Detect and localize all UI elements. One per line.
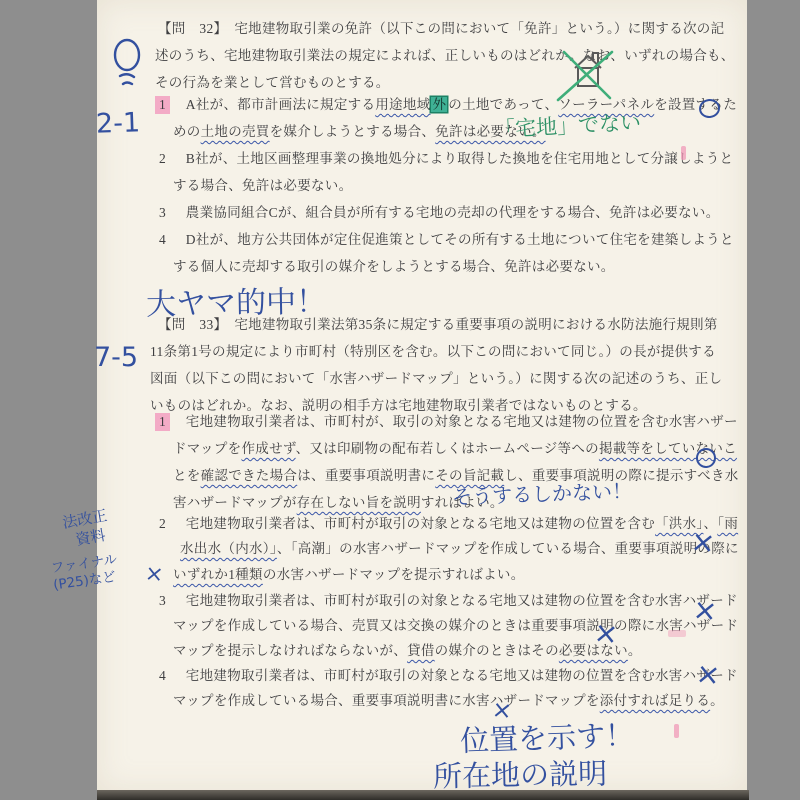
wavy-underline-tenpu: 添付すれば足りる [600,693,710,708]
handwritten-shozaichi-setsumei: 所在地の説明 [433,751,608,795]
wavy-underline-youtochiiki: 用途地域 [375,97,430,112]
q32-opt1-text: A社が、都市計画法に規定する [172,97,375,112]
cross-mark-q33-opt3-inline: × [592,615,620,651]
wavy-underline-sakuseisezu: 作成せず [241,441,295,456]
q33-opt3-text: マップを提示しなければならないが、 [173,643,407,658]
q32-option1-line2: めの土地の売買を媒介しようとする場合、免許は必要ない。 [173,120,546,140]
q33-option4-line1: 4 宅地建物取引業者は、市町村が取引の対象となる宅地又は建物の位置を含む水害ハザ… [156,664,738,684]
q33-opt1-text: 、又は印刷物の配布若しくはホームページ等への [296,441,599,456]
q32-header-line2: 述のうち、宅地建物取引業法の規定によれば、正しいものはどれか。なお、いずれの場合… [155,44,735,64]
q32-option4-number: 4 [156,232,169,248]
q33-header-line2: 11条第1号の規定により市町村（特別区を含む。以下この問において同じ。）の長が提… [150,340,716,360]
q33-option2-number: 2 [156,516,169,532]
q32-header-line3: その行為を業として営むものとする。 [155,71,390,91]
q32-opt1-text: の土地であって、 [448,97,558,112]
handwritten-ref-7-5: 7-5 [94,342,138,373]
q33-option4-number: 4 [156,668,169,684]
q33-opt1-text: は、重要事項説明書に [297,468,435,483]
q32-opt3-text: 農業協同組合Cが、組合員が所有する宅地の売却の代理をする場合、免許は必要ない。 [172,205,720,220]
q32-option4-line1: 4 D社が、地方公共団体が定住促進策としてその所有する土地について住宅を建築しよ… [156,228,734,248]
cross-mark-q33-opt4: × [694,656,722,692]
q32-opt1-text: を設置するた [654,97,737,112]
page-bottom-shadow [97,790,749,800]
q32-option4-line2: する個人に売却する取引の媒介をしようとする場合、免許は必要ない。 [173,255,615,275]
wavy-underline-naisui: 水出水（内水）」 [180,541,277,556]
q33-opt3-text: 宅地建物取引業者は、市町村が取引の対象となる宅地又は建物の位置を含む水害ハザード [172,593,738,608]
handwritten-ref-2-1: 2-1 [95,107,140,140]
house-doodle-crossed [550,48,618,104]
q33-opt4-text: マップを作成している場合、重要事項説明書に水害ハザードマップを [173,693,600,708]
q33-opt3-text: の媒介のときはその [435,643,559,658]
q32-opt1-text: を媒介しようとする場合、 [270,124,436,139]
q33-option3-line1: 3 宅地建物取引業者は、市町村が取引の対象となる宅地又は建物の位置を含む水害ハザ… [156,589,738,609]
q33-opt4-text: 。 [710,693,724,708]
q33-header-line3: 図面（以下この問において「水害ハザードマップ」という。）に関する次の記述のうち、… [150,367,722,387]
q33-opt1-text: 宅地建物取引業者は、市町村が、取引の対象となる宅地又は建物の位置を含む水害ハザー [172,414,738,429]
q33-opt1-text: 害ハザードマップが [173,495,297,510]
pink-smudge-3 [674,724,679,738]
q33-opt2-text: の水害ハザードマップを提示すればよい。 [263,567,525,582]
q32-option2-line2: する場合、免許は必要ない。 [173,174,352,194]
q-doodle-mark [106,36,148,92]
q32-header-line1: 【問 32】 宅地建物取引業の免許（以下この問において「免許」という。）に関する… [158,17,724,37]
q32-option2-line1: 2 B社が、土地区画整理事業の換地処分により取得した換地を住宅用地として分譲しよ… [156,147,733,167]
q33-option1-line2: ドマップを作成せず、又は印刷物の配布若しくはホームページ等への掲載等をしていない… [173,437,737,457]
wavy-underline-taishaku: 貸借 [407,643,435,658]
q33-option2-line3: いずれか1種類の水害ハザードマップを提示すればよい。 [173,563,525,583]
wavy-underline-izureka: いずれか1種類 [173,567,263,582]
q33-opt2-text: 宅地建物取引業者は、市町村が取引の対象となる宅地又は建物の位置を含む [172,516,655,531]
q32-opt4-text: D社が、地方公共団体が定住促進策としてその所有する土地について住宅を建築しようと [172,232,734,247]
wavy-underline-keisaitou: 掲載等をしていないこ [599,441,737,456]
q33-option3-line2: マップを作成している場合、売買又は交換の媒介のときは重要事項説明の際に水害ハザー… [173,614,738,634]
q33-opt3-text: 。 [628,643,642,658]
cross-mark-q33-opt2-left: × [144,561,165,588]
cross-mark-q33-opt2: × [689,524,717,560]
q32-option3-line1: 3 農業協同組合Cが、組合員が所有する宅地の売却の代理をする場合、免許は必要ない… [156,201,720,221]
q32-option3-number: 3 [156,205,169,221]
q33-option2-line2: 水出水（内水）」、「高潮」の水害ハザードマップを作成している場合、重要事項説明の… [180,537,739,557]
q32-option2-number: 2 [156,151,169,167]
q33-option3-number: 3 [156,593,169,609]
q32-opt2-text: B社が、土地区画整理事業の換地処分により取得した換地を住宅用地として分譲しようと [172,151,733,166]
scanned-exam-page: 【問 32】 宅地建物取引業の免許（以下この問において「免許」という。）に関する… [0,0,800,800]
wavy-underline-kakunin: 確認できた場合 [201,468,298,483]
q32-option1-number-highlighted: 1 [156,97,169,113]
handwritten-yama-teki-chuu: 大ヤマ的中！ [146,276,327,323]
q33-option3-line3: マップを提示しなければならないが、貸借の媒介のときはその必要はない。 [173,639,642,659]
pink-smudge-1 [681,146,686,160]
q33-opt2-text: 、「高潮」の水害ハザードマップを作成している場合、重要事項説明の際に [277,541,739,556]
q33-option1-line1: 1 宅地建物取引業者は、市町村が、取引の対象となる宅地又は建物の位置を含む水害ハ… [156,410,738,430]
q33-option1-number-highlighted: 1 [156,414,169,430]
cross-mark-q33-opt3: × [691,592,719,628]
q32-option1-line1: 1 A社が、都市計画法に規定する用途地域外の土地であって、ソーラーパネルを設置す… [156,93,737,113]
q32-opt1-text: めの [173,124,201,139]
q33-option2-line1: 2 宅地建物取引業者は、市町村が取引の対象となる宅地又は建物の位置を含む「洪水」… [156,512,738,532]
q33-opt4-text: 宅地建物取引業者は、市町村が取引の対象となる宅地又は建物の位置を含む水害ハザード [172,668,738,683]
wavy-underline-usui: 「雨 [717,516,738,531]
wavy-underline-sonzaishinai: 存在しない旨を説明 [297,495,421,510]
handwritten-houkaisei-shiryou: 法改正 資料 [61,506,112,551]
teal-highlight-gai: 外 [431,97,447,112]
wavy-underline-tochi-baibai: 土地の売買 [201,124,270,139]
q33-opt1-text: ドマップを [173,441,241,456]
q33-opt1-text: とを [173,468,201,483]
pink-smudge-2 [668,630,686,637]
q33-option4-line2: マップを作成している場合、重要事項説明書に水害ハザードマップを添付すれば足りる。 [173,689,724,709]
